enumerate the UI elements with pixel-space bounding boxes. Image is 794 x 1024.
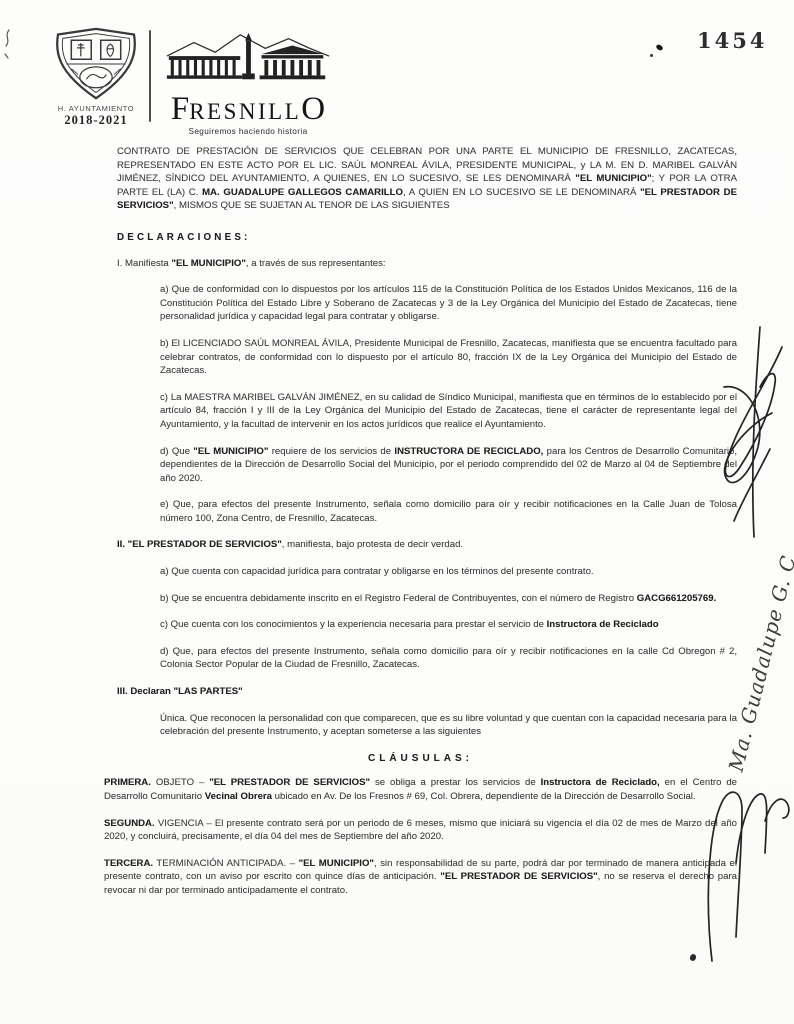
folio-stamp-number: 1454 bbox=[697, 28, 767, 53]
declaration-2-heading: II. "EL PRESTADOR DE SERVICIOS", manifie… bbox=[117, 538, 737, 552]
declaration-1-item-a: a) Que de conformidad con lo dispuestos … bbox=[160, 283, 737, 324]
declaration-1-item-d: d) Que "EL MUNICIPIO" requiere de los se… bbox=[160, 445, 737, 486]
fresnillo-logo: FRESNILLO Seguiremos haciendo historia bbox=[160, 31, 336, 136]
logo-title: FRESNILLO bbox=[160, 93, 336, 126]
declarations-heading: DECLARACIONES: bbox=[117, 231, 737, 245]
scan-edge-mark bbox=[1, 28, 15, 62]
logo-title-last-letter: O bbox=[301, 91, 325, 127]
crest-shield-icon bbox=[48, 26, 144, 102]
municipal-crest: H. AYUNTAMIENTO 2018-2021 bbox=[40, 26, 152, 128]
declaration-2-item-c: c) Que cuenta con los conocimientos y la… bbox=[160, 618, 737, 632]
declaration-1-item-c: c) La MAESTRA MARIBEL GALVÁN JIMÉNEZ, en… bbox=[160, 391, 737, 432]
clause-primera: PRIMERA. OBJETO – "EL PRESTADOR DE SERVI… bbox=[104, 776, 737, 803]
ink-dot bbox=[689, 953, 697, 962]
clause-segunda: SEGUNDA. VIGENCIA – El presente contrato… bbox=[104, 817, 737, 844]
stamp-ink-dot-small bbox=[650, 54, 653, 57]
stamp-ink-dot bbox=[655, 43, 664, 51]
crest-years-label: 2018-2021 bbox=[40, 113, 152, 128]
declaration-1-item-b: b) El LICENCIADO SAÚL MONREAL ÁVILA, Pre… bbox=[160, 337, 737, 378]
logo-title-middle: RESNILL bbox=[189, 99, 301, 124]
declaration-2-item-b: b) Que se encuentra debidamente inscrito… bbox=[160, 592, 737, 606]
scanned-contract-page: H. AYUNTAMIENTO 2018-2021 FRESNILLO Segu… bbox=[0, 0, 794, 1024]
contract-body: CONTRATO DE PRESTACIÓN DE SERVICIOS QUE … bbox=[0, 145, 794, 911]
logo-slogan: Seguiremos haciendo historia bbox=[160, 127, 336, 136]
contract-intro-paragraph: CONTRATO DE PRESTACIÓN DE SERVICIOS QUE … bbox=[117, 145, 737, 213]
clauses-heading: CLÁUSULAS: bbox=[104, 752, 737, 766]
declaration-2-item-d: d) Que, para efectos del presente Instru… bbox=[160, 645, 737, 672]
declaration-2-item-a: a) Que cuenta con capacidad jurídica par… bbox=[160, 565, 737, 579]
skyline-icon bbox=[162, 31, 334, 87]
declaration-1-heading: I. Manifiesta "EL MUNICIPIO", a través d… bbox=[117, 257, 737, 271]
declaration-1-item-e: e) Que, para efectos del presente Instru… bbox=[160, 498, 737, 525]
signature-m-stroke bbox=[705, 785, 794, 965]
declaration-3-item-unica: Única. Que reconocen la personalidad con… bbox=[160, 712, 737, 739]
declaration-3-heading: III. Declaran "LAS PARTES" bbox=[117, 685, 737, 699]
header-divider bbox=[149, 30, 151, 122]
clause-tercera: TERCERA. TERMINACIÓN ANTICIPADA. – "EL M… bbox=[104, 857, 737, 898]
signature-flourish bbox=[700, 325, 794, 540]
crest-institution-label: H. AYUNTAMIENTO bbox=[40, 104, 152, 113]
logo-title-first-letter: F bbox=[171, 91, 189, 127]
